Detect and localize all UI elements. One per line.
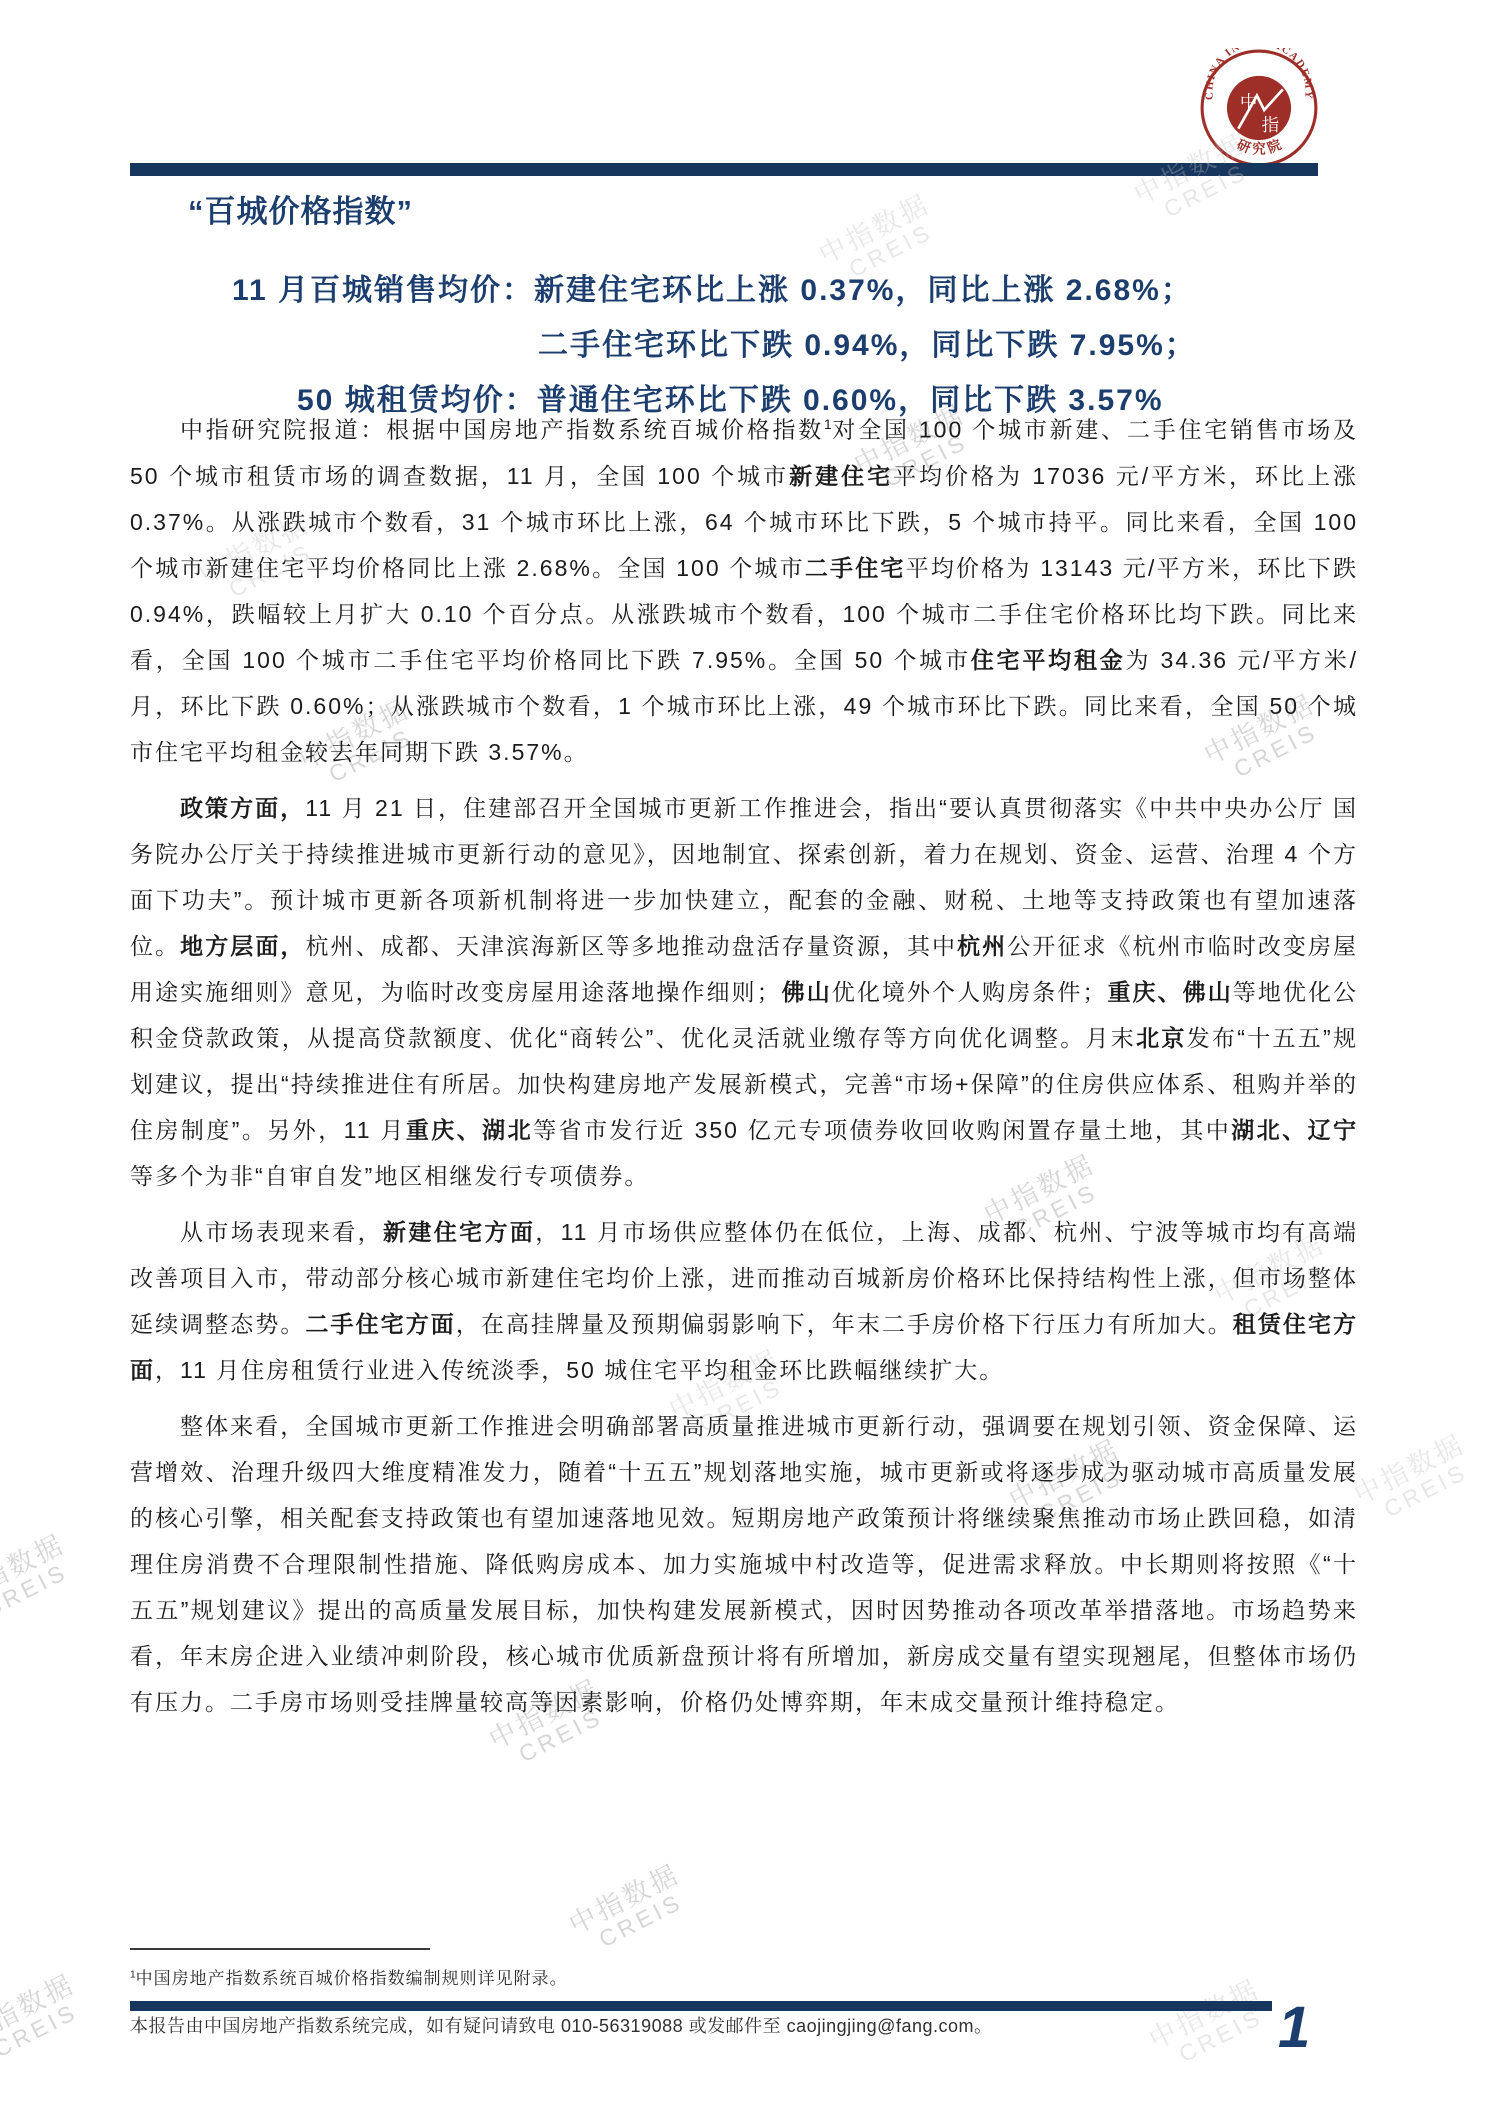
watermark-text: CREIS [1380,1455,1480,1521]
watermark-text: 中指数据 [1145,1976,1264,2055]
footer-contact-text: 本报告由中国房地产指数系统完成，如有疑问请致电 010-56319088 或发邮… [130,2012,992,2038]
header-rule [130,163,1318,176]
report-page: CHINA INDEX ACADEMY 研 究 院 中 指 中指数据CREIS … [0,0,1488,2104]
watermark-text: CREIS [0,1555,80,1621]
seal-char-zhong: 中 [1240,92,1258,112]
watermark: 中指数据CREIS [1350,1431,1480,1531]
footer-rule [130,2001,1272,2011]
headline-line-1: 11 月百城销售均价：新建住宅环比上涨 0.37%，同比上涨 2.68%； [232,263,1362,318]
paragraph-market-performance: 从市场表现来看，新建住宅方面，11 月市场供应整体仍在低位，上海、成都、杭州、宁… [130,1209,1358,1393]
watermark: 中指数据CREIS [1145,1976,1275,2076]
watermark-text: 中指数据 [1350,1431,1469,1510]
watermark-text: CREIS [0,1995,90,2061]
headline-line-2: 二手住宅环比下跌 0.94%，同比下跌 7.95%； [538,318,1362,373]
footnote-separator [130,1948,430,1950]
seal-char-zhi: 指 [1262,115,1280,135]
watermark-text: 中指数据 [815,191,934,270]
china-index-academy-seal-logo: CHINA INDEX ACADEMY 研 究 院 中 指 [1199,48,1319,168]
footnote: 1中国房地产指数系统百城价格指数编制规则详见附录。 [130,1964,568,1989]
watermark-text: 中指数据 [0,1971,79,2050]
seal-center-disc [1227,76,1291,140]
watermark: 中指数据CREIS [0,1971,90,2071]
paragraph-policy: 政策方面，11 月 21 日，住建部召开全国城市更新工作推进会，指出“要认真贯彻… [130,785,1358,1199]
paragraph-overview: 中指研究院报道：根据中国房地产指数系统百城价格指数1对全国 100 个城市新建、… [130,402,1358,775]
report-body: 中指研究院报道：根据中国房地产指数系统百城价格指数1对全国 100 个城市新建、… [130,402,1358,1942]
watermark: 中指数据CREIS [0,1531,80,1631]
page-number: 1 [1278,1994,1310,2061]
section-title: “百城价格指数” [188,186,413,231]
paragraph-outlook: 整体来看，全国城市更新工作推进会明确部署高质量推进城市更新行动，强调要在规划引领… [130,1403,1358,1725]
watermark-text: 中指数据 [0,1531,69,1610]
